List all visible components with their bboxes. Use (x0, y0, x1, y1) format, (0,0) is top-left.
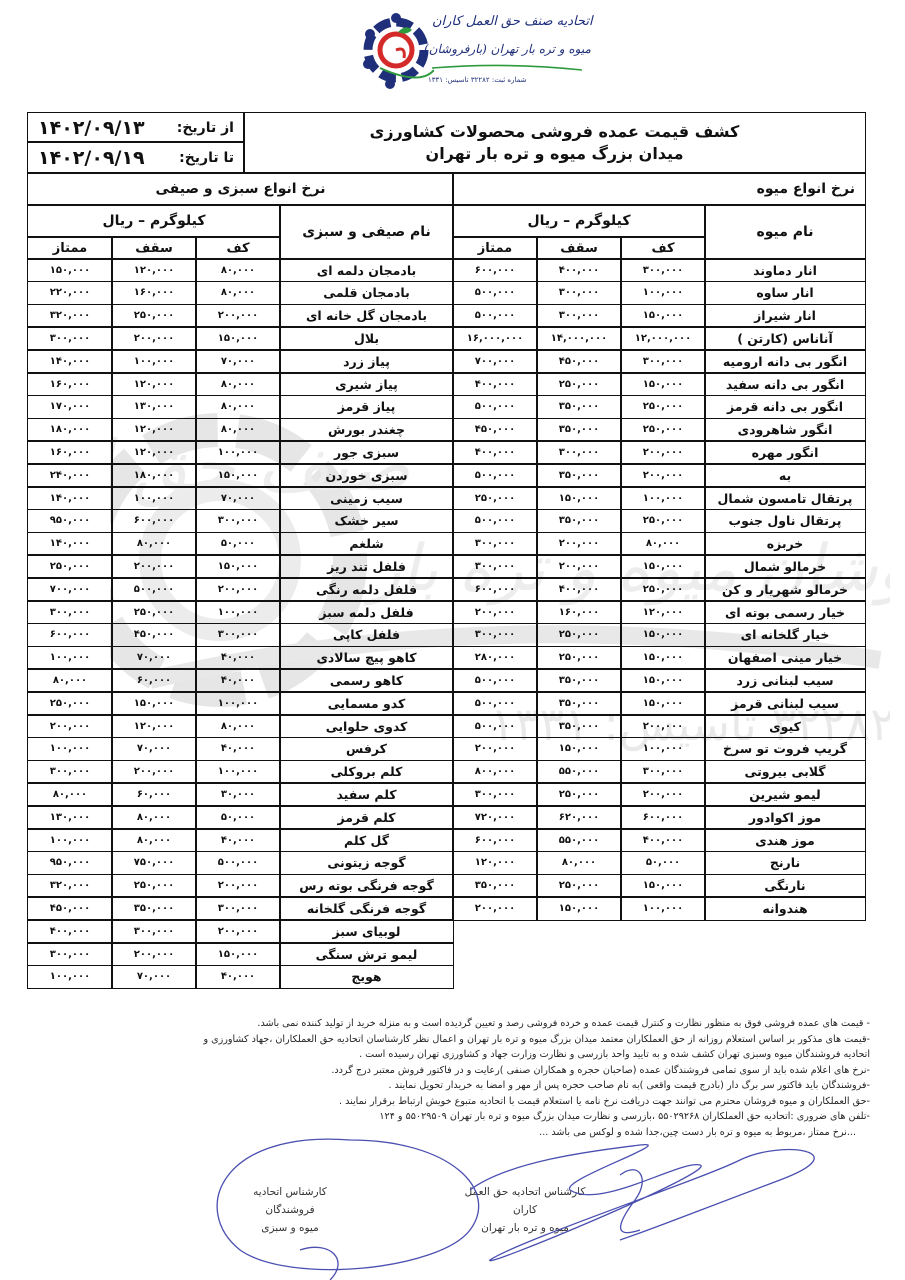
fruit-cell-kaf: ۲۰۰,۰۰۰ (620, 463, 706, 487)
fruit-cell-mumtaz: ۷۲۰,۰۰۰ (452, 805, 538, 829)
signature-subtitle: میوه و تره بار تهران (455, 1219, 595, 1237)
veg-cell-name: کدو مسمایی (279, 691, 454, 715)
fruit-cell-saqf: ۳۰۰,۰۰۰ (536, 440, 622, 464)
fruit-cell-name: سیب لبنانی قرمز (704, 691, 866, 715)
signature-subtitle: میوه و سبزی (230, 1219, 350, 1237)
veg-unit-header: کیلوگرم – ریال (27, 204, 281, 238)
veg-cell-name: سیر خشک (279, 509, 454, 533)
veg-cell-name: بادمجان گل خانه ای (279, 304, 454, 328)
fruit-cell-saqf: ۲۵۰,۰۰۰ (536, 372, 622, 396)
from-date-value: ۱۴۰۲/۰۹/۱۳ (38, 117, 145, 139)
fruit-cell-kaf: ۱۵۰,۰۰۰ (620, 554, 706, 578)
fruit-cell-name: موز اکوادور (704, 805, 866, 829)
veg-cell-name: لیمو ترش سنگی (279, 942, 454, 966)
fruit-cell-mumtaz: ۱۲۰,۰۰۰ (452, 851, 538, 875)
veg-cell-mumtaz: ۱۳۰,۰۰۰ (27, 805, 113, 829)
veg-cell-saqf: ۱۰۰,۰۰۰ (111, 486, 197, 510)
registration-info: شماره ثبت: ۳۲۲۸۲ تاسیس: ۱۳۳۱ (428, 76, 527, 84)
veg-cell-mumtaz: ۱۶۰,۰۰۰ (27, 372, 113, 396)
fruit-cell-saqf: ۳۰۰,۰۰۰ (536, 281, 622, 305)
fruit-cell-saqf: ۱۵۰,۰۰۰ (536, 486, 622, 510)
veg-cell-kaf: ۵۰,۰۰۰ (195, 532, 281, 556)
fruit-cell-saqf: ۵۵۰,۰۰۰ (536, 828, 622, 852)
fruit-cell-saqf: ۳۵۰,۰۰۰ (536, 691, 622, 715)
fruit-cell-mumtaz: ۳۰۰,۰۰۰ (452, 623, 538, 647)
veg-cell-kaf: ۱۰۰,۰۰۰ (195, 691, 281, 715)
veg-cell-name: سیب زمینی (279, 486, 454, 510)
veg-cell-name: بادمجان قلمی (279, 281, 454, 305)
veg-cell-kaf: ۲۰۰,۰۰۰ (195, 577, 281, 601)
veg-cell-saqf: ۱۲۰,۰۰۰ (111, 372, 197, 396)
fruit-cell-saqf: ۳۵۰,۰۰۰ (536, 395, 622, 419)
veg-cell-name: بادمجان دلمه ای (279, 258, 454, 282)
fruit-cell-name: لیمو شیرین (704, 782, 866, 806)
report-title: کشف قیمت عمده فروشی محصولات کشاورزی میدا… (243, 112, 866, 174)
from-date-label: از تاریخ: (177, 120, 234, 136)
fruit-cell-name: انگور بی دانه سفید (704, 372, 866, 396)
veg-cell-mumtaz: ۳۰۰,۰۰۰ (27, 942, 113, 966)
veg-cell-mumtaz: ۱۰۰,۰۰۰ (27, 737, 113, 761)
fruit-cell-name: انگور بی دانه ارومیه (704, 349, 866, 373)
signature-block-union-expert: کارشناس اتحادیه حق العمل کاران میوه و تر… (455, 1183, 595, 1237)
veg-cell-kaf: ۳۰,۰۰۰ (195, 782, 281, 806)
veg-cell-saqf: ۱۲۰,۰۰۰ (111, 440, 197, 464)
fruit-cell-name: گریپ فروت تو سرخ (704, 737, 866, 761)
veg-col-kaf: کف (195, 236, 281, 260)
note-line: -فروشندگان باید فاکتور سر برگ دار (بادرج… (30, 1078, 870, 1094)
veg-cell-mumtaz: ۴۰۰,۰۰۰ (27, 919, 113, 943)
veg-cell-mumtaz: ۱۴۰,۰۰۰ (27, 486, 113, 510)
veg-cell-saqf: ۳۵۰,۰۰۰ (111, 896, 197, 920)
fruit-cell-name: سیب لبنانی زرد (704, 668, 866, 692)
fruit-cell-name: انگور شاهرودی (704, 418, 866, 442)
veg-cell-name: کاهو پیچ سالادی (279, 646, 454, 670)
veg-cell-kaf: ۲۰۰,۰۰۰ (195, 874, 281, 898)
veg-cell-mumtaz: ۳۰۰,۰۰۰ (27, 326, 113, 350)
fruit-cell-mumtaz: ۵۰۰,۰۰۰ (452, 509, 538, 533)
veg-cell-saqf: ۲۰۰,۰۰۰ (111, 942, 197, 966)
signature-title: کارشناس اتحادیه فروشندگان (230, 1183, 350, 1219)
fruit-cell-saqf: ۱۶۰,۰۰۰ (536, 600, 622, 624)
note-line: -قیمت های مذکور بر اساس استعلام روزانه ا… (30, 1032, 870, 1048)
fruit-cell-name: هندوانه (704, 896, 866, 920)
veg-cell-kaf: ۱۵۰,۰۰۰ (195, 463, 281, 487)
fruit-cell-kaf: ۲۰۰,۰۰۰ (620, 714, 706, 738)
fruit-cell-mumtaz: ۵۰۰,۰۰۰ (452, 714, 538, 738)
fruit-cell-kaf: ۸۰,۰۰۰ (620, 532, 706, 556)
fruit-cell-kaf: ۶۰۰,۰۰۰ (620, 805, 706, 829)
veg-cell-mumtaz: ۹۵۰,۰۰۰ (27, 509, 113, 533)
fruit-cell-name: انگور مهره (704, 440, 866, 464)
veg-cell-kaf: ۱۵۰,۰۰۰ (195, 326, 281, 350)
veg-cell-mumtaz: ۱۵۰,۰۰۰ (27, 258, 113, 282)
veg-cell-kaf: ۴۰,۰۰۰ (195, 965, 281, 989)
veg-cell-kaf: ۱۰۰,۰۰۰ (195, 760, 281, 784)
fruit-cell-name: موز هندی (704, 828, 866, 852)
veg-cell-mumtaz: ۲۰۰,۰۰۰ (27, 714, 113, 738)
fruit-cell-name: آناناس (کارتن ) (704, 326, 866, 350)
fruit-cell-mumtaz: ۶۰۰,۰۰۰ (452, 258, 538, 282)
veg-cell-mumtaz: ۳۰۰,۰۰۰ (27, 760, 113, 784)
veg-cell-kaf: ۴۰,۰۰۰ (195, 737, 281, 761)
veg-cell-mumtaz: ۱۰۰,۰۰۰ (27, 965, 113, 989)
fruit-cell-saqf: ۲۵۰,۰۰۰ (536, 623, 622, 647)
veg-cell-kaf: ۴۰,۰۰۰ (195, 828, 281, 852)
veg-cell-saqf: ۱۲۰,۰۰۰ (111, 258, 197, 282)
veg-cell-kaf: ۸۰,۰۰۰ (195, 395, 281, 419)
fruit-cell-kaf: ۱۵۰,۰۰۰ (620, 623, 706, 647)
fruit-cell-saqf: ۲۵۰,۰۰۰ (536, 646, 622, 670)
fruit-cell-mumtaz: ۳۰۰,۰۰۰ (452, 532, 538, 556)
veg-cell-saqf: ۳۰۰,۰۰۰ (111, 919, 197, 943)
fruit-cell-kaf: ۱۵۰,۰۰۰ (620, 691, 706, 715)
fruit-cell-mumtaz: ۵۰۰,۰۰۰ (452, 691, 538, 715)
veg-col-mumtaz: ممتاز (27, 236, 113, 260)
veg-cell-kaf: ۸۰,۰۰۰ (195, 372, 281, 396)
fruit-cell-name: خربزه (704, 532, 866, 556)
veg-cell-saqf: ۱۰۰,۰۰۰ (111, 349, 197, 373)
fruit-cell-saqf: ۳۵۰,۰۰۰ (536, 714, 622, 738)
veg-cell-name: کلم بروکلی (279, 760, 454, 784)
to-date-cell: تا تاریخ: ۱۴۰۲/۰۹/۱۹ (27, 141, 245, 174)
fruit-cell-saqf: ۲۵۰,۰۰۰ (536, 782, 622, 806)
veg-cell-mumtaz: ۴۵۰,۰۰۰ (27, 896, 113, 920)
note-line: -نرخ های اعلام شده باید از سوی تمامی فرو… (30, 1063, 870, 1079)
veg-cell-name: فلفل کاپی (279, 623, 454, 647)
veg-cell-name: شلغم (279, 532, 454, 556)
veg-cell-kaf: ۳۰۰,۰۰۰ (195, 896, 281, 920)
veg-cell-saqf: ۶۰,۰۰۰ (111, 668, 197, 692)
fruit-cell-kaf: ۱۰۰,۰۰۰ (620, 896, 706, 920)
fruit-cell-saqf: ۲۰۰,۰۰۰ (536, 532, 622, 556)
veg-cell-mumtaz: ۱۴۰,۰۰۰ (27, 349, 113, 373)
veg-cell-mumtaz: ۳۲۰,۰۰۰ (27, 304, 113, 328)
veg-cell-name: فلفل دلمه رنگی (279, 577, 454, 601)
veg-cell-kaf: ۷۰,۰۰۰ (195, 349, 281, 373)
fruit-cell-mumtaz: ۲۸۰,۰۰۰ (452, 646, 538, 670)
fruit-cell-kaf: ۱۵۰,۰۰۰ (620, 646, 706, 670)
fruit-cell-mumtaz: ۳۰۰,۰۰۰ (452, 782, 538, 806)
fruit-cell-mumtaz: ۴۰۰,۰۰۰ (452, 372, 538, 396)
veg-cell-saqf: ۸۰,۰۰۰ (111, 532, 197, 556)
veg-cell-saqf: ۲۰۰,۰۰۰ (111, 326, 197, 350)
veg-cell-name: کدوی حلوایی (279, 714, 454, 738)
veg-cell-saqf: ۷۰,۰۰۰ (111, 965, 197, 989)
veg-cell-kaf: ۸۰,۰۰۰ (195, 418, 281, 442)
fruit-cell-name: پرتقال تامسون شمال (704, 486, 866, 510)
fruit-section-title: نرخ انواع میوه (452, 172, 866, 206)
org-subtitle: (بارفروشان) میوه و تره بار تهران (424, 42, 591, 56)
veg-cell-name: سبزی خوردن (279, 463, 454, 487)
veg-cell-saqf: ۷۵۰,۰۰۰ (111, 851, 197, 875)
fruit-cell-mumtaz: ۵۰۰,۰۰۰ (452, 304, 538, 328)
to-date-label: تا تاریخ: (179, 150, 234, 166)
veg-cell-mumtaz: ۳۰۰,۰۰۰ (27, 600, 113, 624)
veg-cell-mumtaz: ۱۸۰,۰۰۰ (27, 418, 113, 442)
veg-cell-saqf: ۶۰,۰۰۰ (111, 782, 197, 806)
veg-cell-mumtaz: ۷۰۰,۰۰۰ (27, 577, 113, 601)
title-line-2: میدان بزرگ میوه و تره بار تهران (426, 143, 684, 165)
fruit-cell-mumtaz: ۲۰۰,۰۰۰ (452, 737, 538, 761)
veg-cell-saqf: ۲۰۰,۰۰۰ (111, 554, 197, 578)
fruit-cell-mumtaz: ۳۵۰,۰۰۰ (452, 874, 538, 898)
veg-cell-name: کاهو رسمی (279, 668, 454, 692)
fruit-cell-saqf: ۳۵۰,۰۰۰ (536, 668, 622, 692)
veg-cell-kaf: ۱۵۰,۰۰۰ (195, 942, 281, 966)
fruit-cell-mumtaz: ۱۶,۰۰۰,۰۰۰ (452, 326, 538, 350)
veg-cell-name: فلفل دلمه سبز (279, 600, 454, 624)
signature-title: کارشناس اتحادیه حق العمل کاران (455, 1183, 595, 1219)
veg-cell-kaf: ۴۰,۰۰۰ (195, 646, 281, 670)
veg-cell-saqf: ۱۲۰,۰۰۰ (111, 714, 197, 738)
notes-section: - قیمت های عمده فروشی فوق به منظور نظارت… (30, 1016, 870, 1140)
from-date-cell: از تاریخ: ۱۴۰۲/۰۹/۱۳ (27, 112, 245, 143)
fruit-cell-name: خرمالو شمال (704, 554, 866, 578)
veg-cell-name: کرفس (279, 737, 454, 761)
fruit-cell-mumtaz: ۴۵۰,۰۰۰ (452, 418, 538, 442)
veg-cell-saqf: ۱۳۰,۰۰۰ (111, 395, 197, 419)
fruit-cell-name: انار دماوند (704, 258, 866, 282)
fruit-cell-saqf: ۲۵۰,۰۰۰ (536, 874, 622, 898)
veg-cell-kaf: ۷۰,۰۰۰ (195, 486, 281, 510)
fruit-cell-mumtaz: ۵۰۰,۰۰۰ (452, 668, 538, 692)
fruit-cell-kaf: ۲۵۰,۰۰۰ (620, 418, 706, 442)
fruit-cell-mumtaz: ۶۰۰,۰۰۰ (452, 828, 538, 852)
fruit-cell-name: گلابی بیروتی (704, 760, 866, 784)
fruit-cell-kaf: ۱۵۰,۰۰۰ (620, 874, 706, 898)
veg-cell-mumtaz: ۲۵۰,۰۰۰ (27, 691, 113, 715)
fruit-cell-name: انگور بی دانه قرمز (704, 395, 866, 419)
veg-cell-kaf: ۴۰,۰۰۰ (195, 668, 281, 692)
veg-cell-name: هویج (279, 965, 454, 989)
fruit-col-mumtaz: ممتاز (452, 236, 538, 260)
veg-cell-saqf: ۱۵۰,۰۰۰ (111, 691, 197, 715)
veg-cell-mumtaz: ۱۷۰,۰۰۰ (27, 395, 113, 419)
veg-cell-name: گوجه فرنگی گلخانه (279, 896, 454, 920)
fruit-cell-name: کیوی (704, 714, 866, 738)
veg-cell-name: بلال (279, 326, 454, 350)
title-line-1: کشف قیمت عمده فروشی محصولات کشاورزی (370, 121, 740, 143)
fruit-cell-saqf: ۳۵۰,۰۰۰ (536, 418, 622, 442)
veg-cell-saqf: ۶۰۰,۰۰۰ (111, 509, 197, 533)
veg-cell-kaf: ۸۰,۰۰۰ (195, 714, 281, 738)
veg-cell-name: فلفل تند ریز (279, 554, 454, 578)
fruit-cell-kaf: ۱۵۰,۰۰۰ (620, 668, 706, 692)
fruit-cell-saqf: ۴۰۰,۰۰۰ (536, 577, 622, 601)
fruit-cell-mumtaz: ۳۰۰,۰۰۰ (452, 554, 538, 578)
fruit-cell-saqf: ۱۵۰,۰۰۰ (536, 896, 622, 920)
veg-cell-saqf: ۴۵۰,۰۰۰ (111, 623, 197, 647)
to-date-value: ۱۴۰۲/۰۹/۱۹ (38, 147, 145, 169)
fruit-cell-mumtaz: ۷۰۰,۰۰۰ (452, 349, 538, 373)
fruit-cell-kaf: ۱۰۰,۰۰۰ (620, 281, 706, 305)
note-line: - قیمت های عمده فروشی فوق به منظور نظارت… (30, 1016, 870, 1032)
fruit-cell-kaf: ۳۰۰,۰۰۰ (620, 258, 706, 282)
green-swoosh-icon (432, 64, 582, 72)
fruit-cell-kaf: ۱۰۰,۰۰۰ (620, 486, 706, 510)
fruit-cell-mumtaz: ۴۰۰,۰۰۰ (452, 440, 538, 464)
fruit-cell-name: پرتقال ناول جنوب (704, 509, 866, 533)
veg-cell-mumtaz: ۱۴۰,۰۰۰ (27, 532, 113, 556)
veg-cell-mumtaz: ۲۴۰,۰۰۰ (27, 463, 113, 487)
veg-cell-kaf: ۳۰۰,۰۰۰ (195, 623, 281, 647)
veg-cell-saqf: ۲۵۰,۰۰۰ (111, 874, 197, 898)
fruit-cell-kaf: ۲۰۰,۰۰۰ (620, 782, 706, 806)
veg-cell-saqf: ۲۰۰,۰۰۰ (111, 760, 197, 784)
veg-cell-kaf: ۳۰۰,۰۰۰ (195, 509, 281, 533)
fruit-cell-mumtaz: ۵۰۰,۰۰۰ (452, 395, 538, 419)
fruit-cell-name: خرمالو شهریار و کن (704, 577, 866, 601)
fruit-cell-mumtaz: ۸۰۰,۰۰۰ (452, 760, 538, 784)
veg-cell-kaf: ۲۰۰,۰۰۰ (195, 919, 281, 943)
veg-cell-saqf: ۸۰,۰۰۰ (111, 805, 197, 829)
fruit-cell-kaf: ۱۲۰,۰۰۰ (620, 600, 706, 624)
fruit-unit-header: کیلوگرم – ریال (452, 204, 706, 238)
fruit-cell-name: به (704, 463, 866, 487)
fruit-cell-name: نارنج (704, 851, 866, 875)
fruit-cell-saqf: ۲۰۰,۰۰۰ (536, 554, 622, 578)
veg-cell-name: چغندر بورش (279, 418, 454, 442)
veg-cell-saqf: ۷۰,۰۰۰ (111, 737, 197, 761)
note-line: -تلفن های ضروری :اتحادیه حق العملکاران ۵… (30, 1109, 870, 1125)
fruit-cell-kaf: ۳۰۰,۰۰۰ (620, 760, 706, 784)
fruit-cell-kaf: ۳۰۰,۰۰۰ (620, 349, 706, 373)
fruit-cell-saqf: ۱۵۰,۰۰۰ (536, 737, 622, 761)
veg-cell-saqf: ۲۵۰,۰۰۰ (111, 304, 197, 328)
fruit-cell-kaf: ۲۵۰,۰۰۰ (620, 577, 706, 601)
veg-cell-mumtaz: ۶۰۰,۰۰۰ (27, 623, 113, 647)
org-name: اتحادیه صنف حق العمل کاران (432, 14, 593, 29)
veg-cell-name: گوجه فرنگی بوته رس (279, 874, 454, 898)
fruit-cell-saqf: ۴۰۰,۰۰۰ (536, 258, 622, 282)
fruit-col-kaf: کف (620, 236, 706, 260)
veg-cell-kaf: ۲۰۰,۰۰۰ (195, 304, 281, 328)
veg-cell-saqf: ۸۰,۰۰۰ (111, 828, 197, 852)
signature-block-sellers-expert: کارشناس اتحادیه فروشندگان میوه و سبزی (230, 1183, 350, 1237)
veg-cell-mumtaz: ۸۰,۰۰۰ (27, 668, 113, 692)
veg-cell-mumtaz: ۱۶۰,۰۰۰ (27, 440, 113, 464)
fruit-cell-kaf: ۱۲,۰۰۰,۰۰۰ (620, 326, 706, 350)
fruit-cell-name: انار ساوه (704, 281, 866, 305)
veg-cell-mumtaz: ۲۲۰,۰۰۰ (27, 281, 113, 305)
veg-cell-saqf: ۷۰,۰۰۰ (111, 646, 197, 670)
veg-cell-kaf: ۱۰۰,۰۰۰ (195, 600, 281, 624)
fruit-cell-kaf: ۱۰۰,۰۰۰ (620, 737, 706, 761)
veg-cell-name: کلم سفید (279, 782, 454, 806)
veg-cell-mumtaz: ۳۲۰,۰۰۰ (27, 874, 113, 898)
veg-cell-name: گل کلم (279, 828, 454, 852)
veg-cell-name: پیاز قرمز (279, 395, 454, 419)
veg-cell-saqf: ۲۵۰,۰۰۰ (111, 600, 197, 624)
fruit-cell-mumtaz: ۵۰۰,۰۰۰ (452, 463, 538, 487)
fruit-cell-saqf: ۱۴,۰۰۰,۰۰۰ (536, 326, 622, 350)
veg-cell-mumtaz: ۲۵۰,۰۰۰ (27, 554, 113, 578)
veg-cell-mumtaz: ۱۰۰,۰۰۰ (27, 646, 113, 670)
veg-cell-name: سبزی جور (279, 440, 454, 464)
fruit-cell-saqf: ۵۵۰,۰۰۰ (536, 760, 622, 784)
veg-cell-saqf: ۱۲۰,۰۰۰ (111, 418, 197, 442)
fruit-cell-kaf: ۱۵۰,۰۰۰ (620, 372, 706, 396)
fruit-cell-mumtaz: ۶۰۰,۰۰۰ (452, 577, 538, 601)
veg-cell-mumtaz: ۸۰,۰۰۰ (27, 782, 113, 806)
veg-cell-saqf: ۱۸۰,۰۰۰ (111, 463, 197, 487)
fruit-cell-name: خیار گلخانه ای (704, 623, 866, 647)
fruit-cell-name: خیار مینی اصفهان (704, 646, 866, 670)
veg-cell-kaf: ۵۰۰,۰۰۰ (195, 851, 281, 875)
fruit-col-saqf: سقف (536, 236, 622, 260)
veg-cell-name: لوبیای سبز (279, 919, 454, 943)
veg-cell-saqf: ۵۰۰,۰۰۰ (111, 577, 197, 601)
note-line: -حق العملکاران و میوه فروشان محترم می تو… (30, 1094, 870, 1110)
veg-section-title: نرخ انواع سبزی و صیفی (27, 172, 454, 206)
veg-cell-mumtaz: ۹۵۰,۰۰۰ (27, 851, 113, 875)
union-logo: اتحادیه صنف حق العمل کاران (بارفروشان) م… (362, 6, 582, 96)
fruit-cell-saqf: ۳۰۰,۰۰۰ (536, 304, 622, 328)
fruit-cell-saqf: ۸۰,۰۰۰ (536, 851, 622, 875)
veg-cell-kaf: ۵۰,۰۰۰ (195, 805, 281, 829)
veg-cell-name: گوجه زیتونی (279, 851, 454, 875)
fruit-cell-kaf: ۲۵۰,۰۰۰ (620, 509, 706, 533)
fruit-cell-mumtaz: ۲۵۰,۰۰۰ (452, 486, 538, 510)
veg-cell-kaf: ۱۵۰,۰۰۰ (195, 554, 281, 578)
fruit-cell-saqf: ۳۵۰,۰۰۰ (536, 463, 622, 487)
fruit-cell-kaf: ۵۰,۰۰۰ (620, 851, 706, 875)
fruit-cell-mumtaz: ۲۰۰,۰۰۰ (452, 896, 538, 920)
fruit-cell-kaf: ۱۵۰,۰۰۰ (620, 304, 706, 328)
fruit-cell-mumtaz: ۵۰۰,۰۰۰ (452, 281, 538, 305)
veg-cell-mumtaz: ۱۰۰,۰۰۰ (27, 828, 113, 852)
veg-cell-name: کلم قرمز (279, 805, 454, 829)
fruit-cell-name: نارنگی (704, 874, 866, 898)
fruit-cell-kaf: ۴۰۰,۰۰۰ (620, 828, 706, 852)
fruit-cell-kaf: ۲۵۰,۰۰۰ (620, 395, 706, 419)
fruit-cell-mumtaz: ۲۰۰,۰۰۰ (452, 600, 538, 624)
veg-cell-kaf: ۱۰۰,۰۰۰ (195, 440, 281, 464)
fruit-name-header: نام میوه (704, 204, 866, 260)
veg-cell-name: پیاز زرد (279, 349, 454, 373)
fruit-cell-kaf: ۲۰۰,۰۰۰ (620, 440, 706, 464)
veg-cell-saqf: ۱۶۰,۰۰۰ (111, 281, 197, 305)
veg-cell-kaf: ۸۰,۰۰۰ (195, 258, 281, 282)
fruit-cell-name: انار شیراز (704, 304, 866, 328)
note-line: ...نرخ ممتاز ،مربوط به میوه و تره بار دس… (30, 1125, 870, 1141)
fruit-cell-saqf: ۶۲۰,۰۰۰ (536, 805, 622, 829)
fruit-cell-saqf: ۳۵۰,۰۰۰ (536, 509, 622, 533)
note-line: اتحادیه فروشندگان میوه وسبزی تهران کشف ش… (30, 1047, 870, 1063)
fruit-cell-name: خیار رسمی بوته ای (704, 600, 866, 624)
veg-cell-name: پیاز شیری (279, 372, 454, 396)
fruit-cell-saqf: ۴۵۰,۰۰۰ (536, 349, 622, 373)
veg-col-saqf: سقف (111, 236, 197, 260)
veg-name-header: نام صیفی و سبزی (279, 204, 454, 260)
veg-cell-kaf: ۸۰,۰۰۰ (195, 281, 281, 305)
